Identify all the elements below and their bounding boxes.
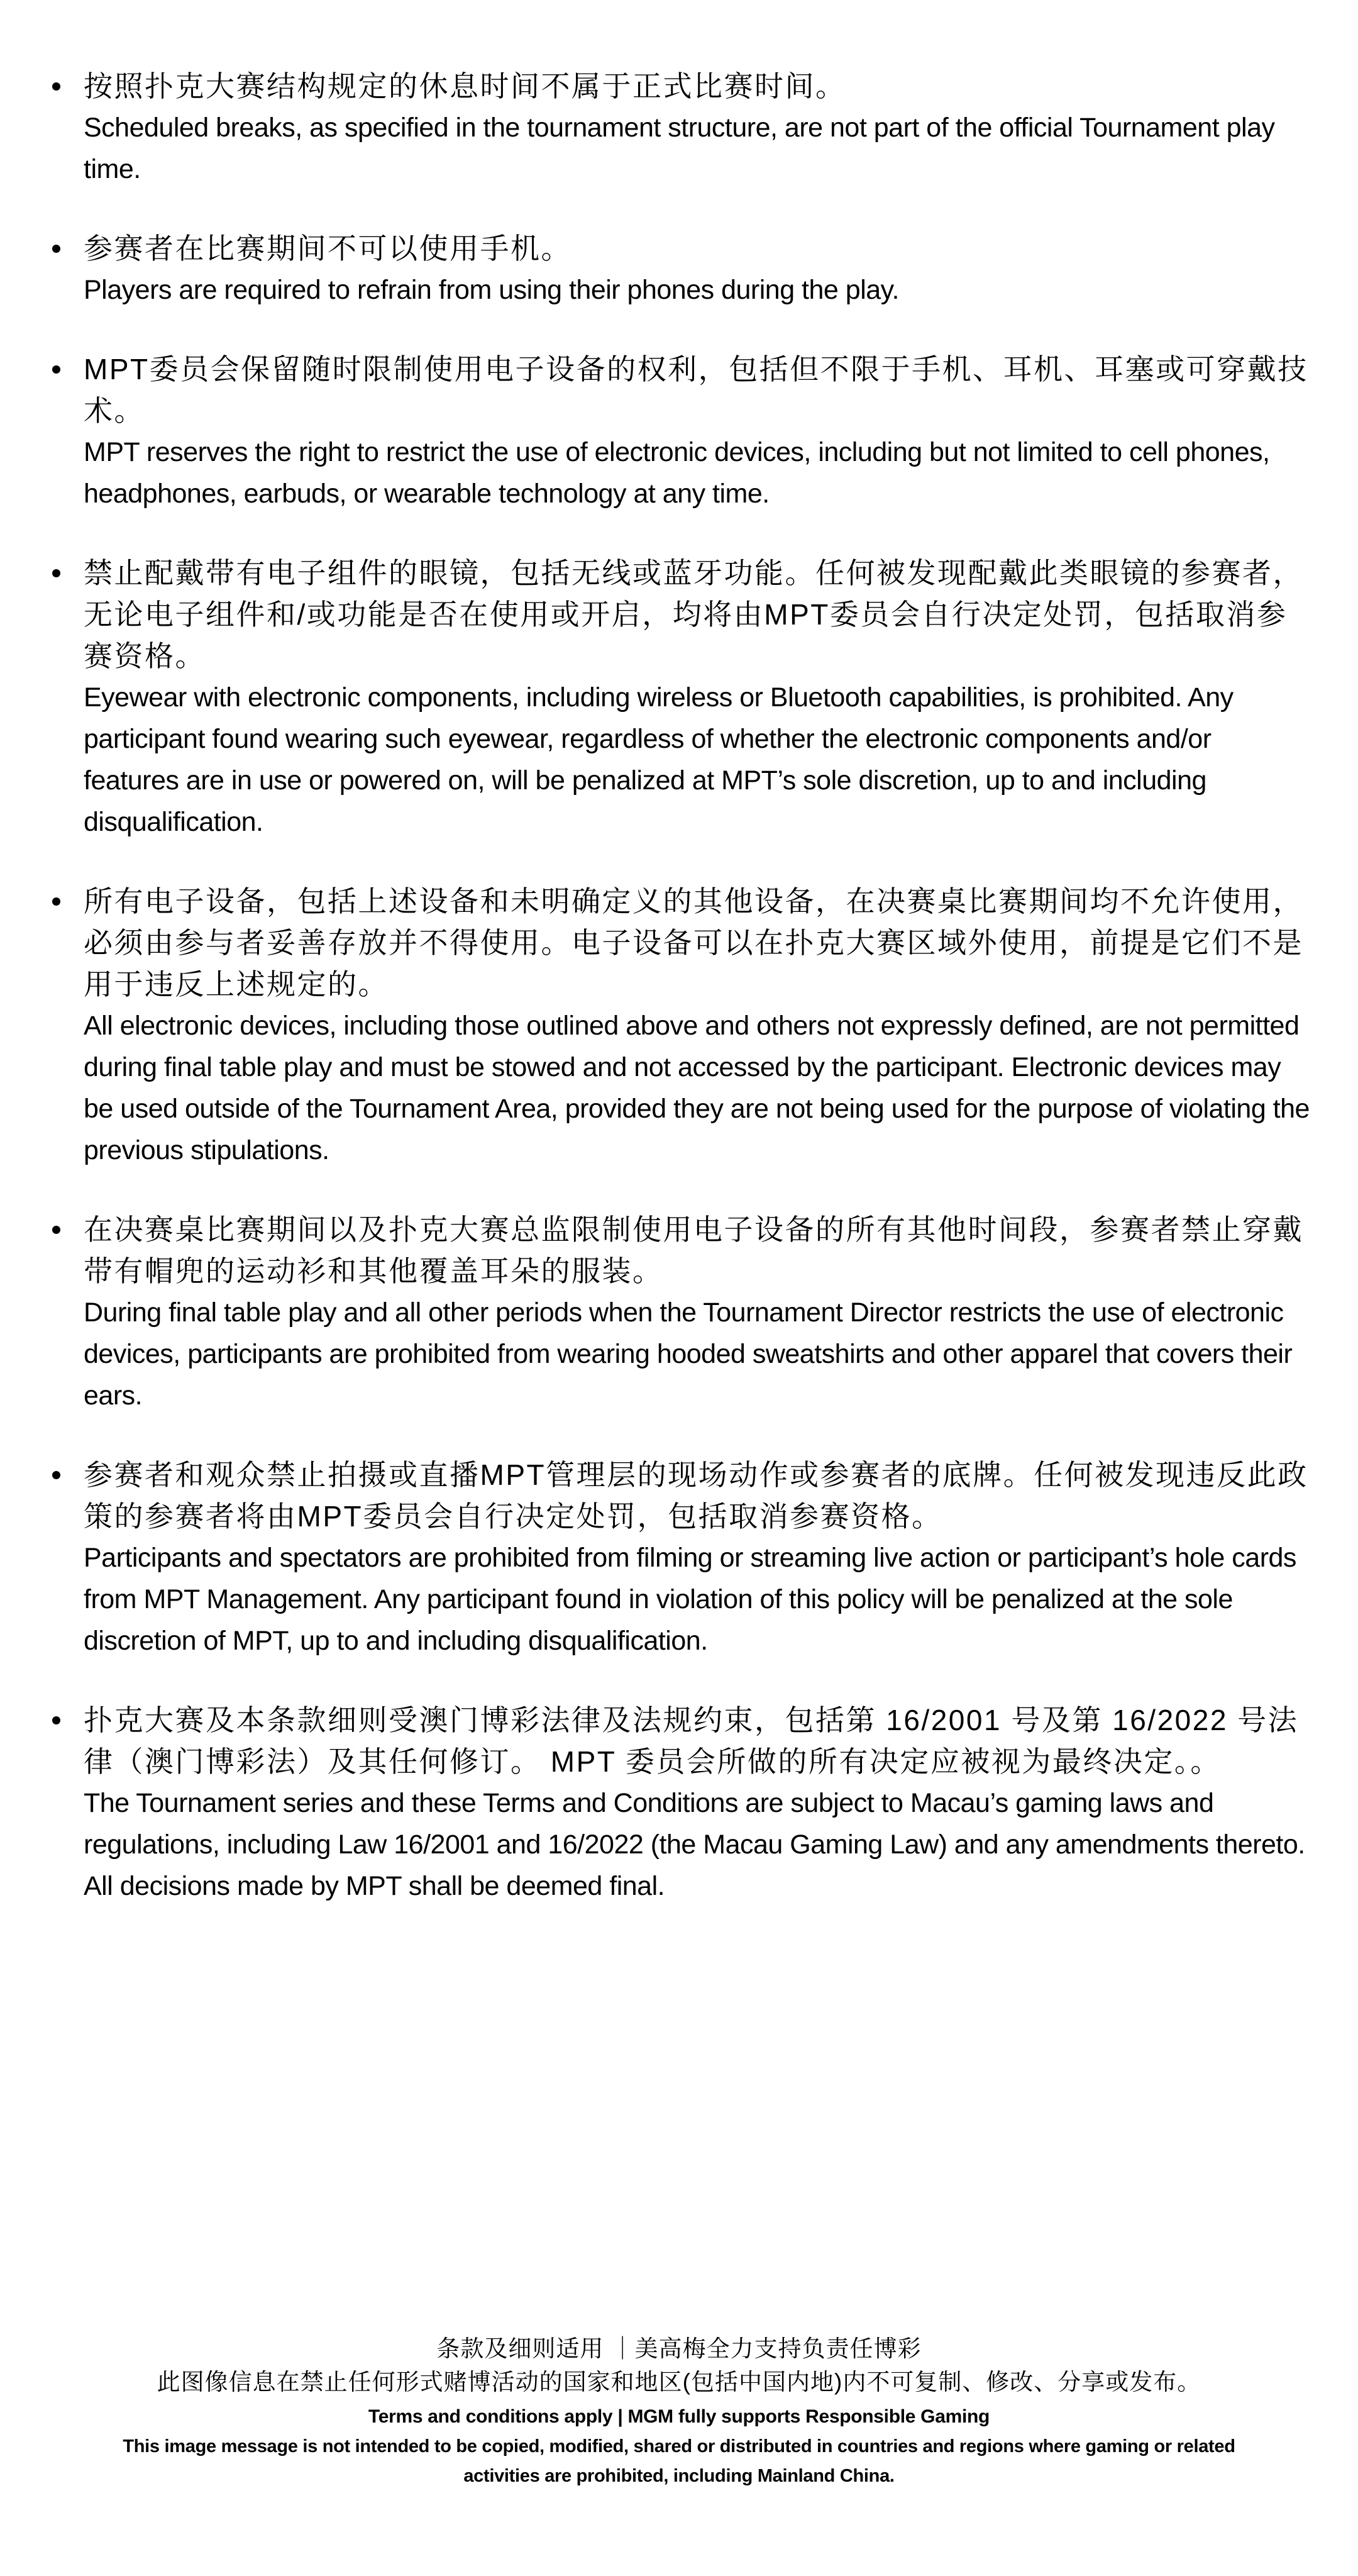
bullet-text-en: All electronic devices, including those … xyxy=(84,1005,1311,1171)
bullet-text-zh: 扑克大赛及本条款细则受澳门博彩法律及法规约束，包括第 16/2001 号及第 1… xyxy=(84,1699,1311,1782)
bullet-item-hooded-apparel: 在决赛桌比赛期间以及扑克大赛总监限制使用电子设备的所有其他时间段，参赛者禁止穿戴… xyxy=(48,1209,1311,1416)
bullet-dot xyxy=(52,1226,60,1234)
bullet-text-zh: 所有电子设备，包括上述设备和未明确定义的其他设备，在决赛桌比赛期间均不允许使用，… xyxy=(84,880,1311,1005)
bullet-text-en: Players are required to refrain from usi… xyxy=(84,269,1311,311)
bullet-item-macau-gaming-law: 扑克大赛及本条款细则受澳门博彩法律及法规约束，包括第 16/2001 号及第 1… xyxy=(48,1699,1311,1907)
bullet-dot xyxy=(52,569,60,577)
bullet-item-electronic-devices: MPT委员会保留随时限制使用电子设备的权利，包括但不限于手机、耳机、耳塞或可穿戴… xyxy=(48,348,1311,514)
bullet-text-en: During final table play and all other pe… xyxy=(84,1292,1311,1416)
bullet-text-en: The Tournament series and these Terms an… xyxy=(84,1782,1311,1907)
bullet-text-zh: MPT委员会保留随时限制使用电子设备的权利，包括但不限于手机、耳机、耳塞或可穿戴… xyxy=(84,348,1311,431)
footer-en-disclaimer-line2: activities are prohibited, including Mai… xyxy=(0,2462,1358,2491)
bullet-dot xyxy=(52,365,60,374)
bullet-text-zh: 在决赛桌比赛期间以及扑克大赛总监限制使用电子设备的所有其他时间段，参赛者禁止穿戴… xyxy=(84,1209,1311,1292)
bullet-item-all-devices-final-table: 所有电子设备，包括上述设备和未明确定义的其他设备，在决赛桌比赛期间均不允许使用，… xyxy=(48,880,1311,1171)
bullet-text-en: Participants and spectators are prohibit… xyxy=(84,1537,1311,1662)
bullet-dot xyxy=(52,1471,60,1479)
bullet-text-en: MPT reserves the right to restrict the u… xyxy=(84,431,1311,514)
bullet-dot xyxy=(52,1716,60,1724)
bullet-text-en: Scheduled breaks, as specified in the to… xyxy=(84,107,1311,190)
bullet-text-zh: 参赛者在比赛期间不可以使用手机。 xyxy=(84,228,1311,269)
footer-zh-disclaimer-line: 此图像信息在禁止任何形式赌博活动的国家和地区(包括中国内地)内不可复制、修改、分… xyxy=(0,2365,1358,2399)
bullet-item-breaks: 按照扑克大赛结构规定的休息时间不属于正式比赛时间。 Scheduled brea… xyxy=(48,65,1311,190)
bullet-dot xyxy=(52,82,60,91)
footer-en-terms-line: Terms and conditions apply | MGM fully s… xyxy=(0,2401,1358,2432)
footer-disclaimer: 条款及细则适用 ｜美高梅全力支持负责任博彩 此图像信息在禁止任何形式赌博活动的国… xyxy=(0,2332,1358,2491)
terms-bullet-list: 按照扑克大赛结构规定的休息时间不属于正式比赛时间。 Scheduled brea… xyxy=(48,65,1311,1945)
bullet-dot xyxy=(52,897,60,906)
bullet-dot xyxy=(52,245,60,253)
footer-zh-terms-line: 条款及细则适用 ｜美高梅全力支持负责任博彩 xyxy=(0,2332,1358,2365)
bullet-text-zh: 参赛者和观众禁止拍摄或直播MPT管理层的现场动作或参赛者的底牌。任何被发现违反此… xyxy=(84,1454,1311,1537)
bullet-item-eyewear: 禁止配戴带有电子组件的眼镜，包括无线或蓝牙功能。任何被发现配戴此类眼镜的参赛者，… xyxy=(48,552,1311,843)
bullet-item-filming-streaming: 参赛者和观众禁止拍摄或直播MPT管理层的现场动作或参赛者的底牌。任何被发现违反此… xyxy=(48,1454,1311,1662)
bullet-text-zh: 禁止配戴带有电子组件的眼镜，包括无线或蓝牙功能。任何被发现配戴此类眼镜的参赛者，… xyxy=(84,552,1311,677)
footer-en-disclaimer-line1: This image message is not intended to be… xyxy=(0,2432,1358,2462)
bullet-text-zh: 按照扑克大赛结构规定的休息时间不属于正式比赛时间。 xyxy=(84,65,1311,107)
bullet-text-en: Eyewear with electronic components, incl… xyxy=(84,677,1311,843)
bullet-item-phones: 参赛者在比赛期间不可以使用手机。 Players are required to… xyxy=(48,228,1311,311)
terms-document-page: 按照扑克大赛结构规定的休息时间不属于正式比赛时间。 Scheduled brea… xyxy=(0,0,1358,2576)
